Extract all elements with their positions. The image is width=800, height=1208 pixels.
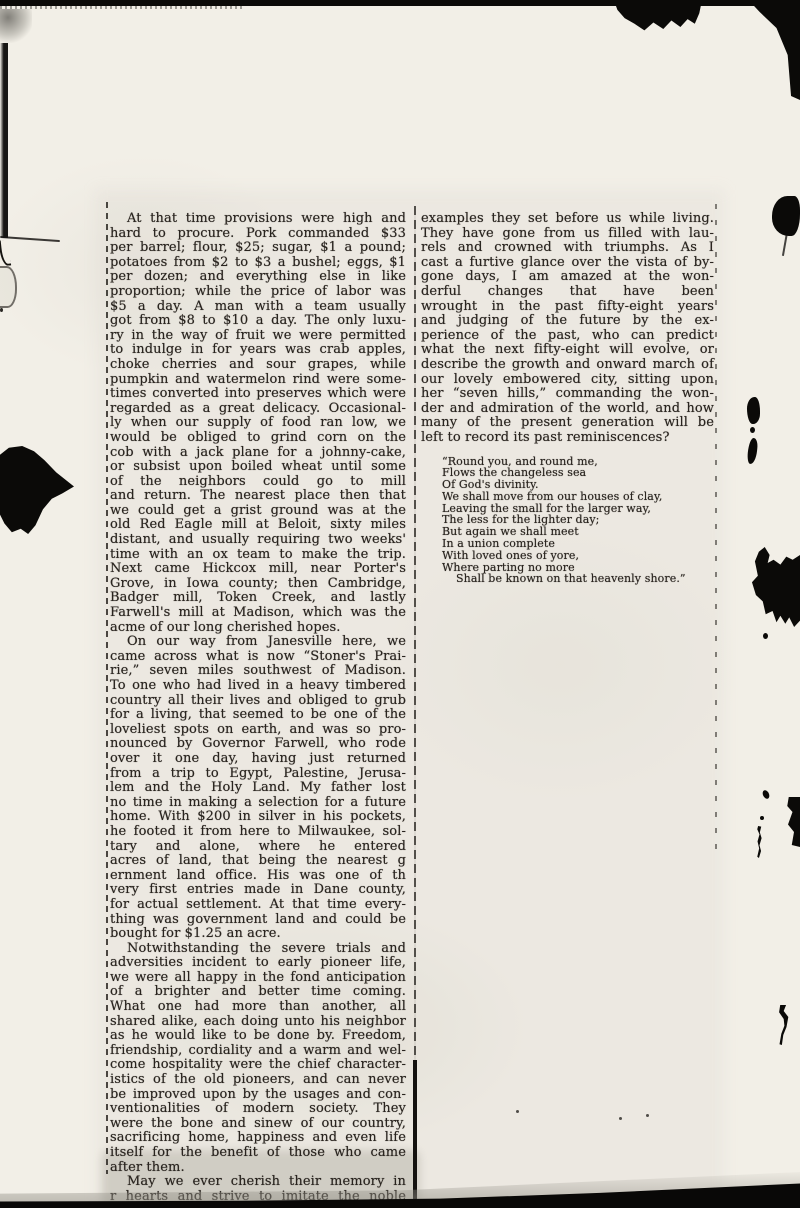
text-line: rels and crowned with triumphs. As I [421,241,714,256]
text-line: after them. [110,1161,406,1176]
ink-blot-right-2 [751,547,800,627]
text-line: distant, and usually requiring two weeks… [110,533,406,548]
ink-drip-right-1 [747,397,760,424]
text-line: lem and the Holy Land. My father lost [110,781,406,796]
text-line: hard to procure. Pork commanded $33 [110,227,406,242]
text-line: over it one day, having just returned [110,752,406,767]
text-line: per dozen; and everything else in like [110,270,406,285]
ink-blot-right-1 [772,196,800,236]
ink-blot-top [612,0,702,33]
text-line: cob with a jack plane for a johnny-cake, [110,446,406,461]
text-line: Notwithstanding the severe trials and [110,942,406,957]
text-line: Next came Hickcox mill, near Porter's [110,562,406,577]
text-line: our lovely embowered city, sitting upon [421,373,714,388]
text-line: old Red Eagle mill at Beloit, sixty mile… [110,518,406,533]
text-line: what the next fifty-eight will evolve, o… [421,343,714,358]
text-line: to indulge in for years was crab apples, [110,343,406,358]
text-line: sacrificing home, happiness and even lif… [110,1131,406,1146]
text-line: thing was government land and could be [110,913,406,928]
text-line: were the bone and sinew of our country, [110,1117,406,1132]
text-line: many of the present generation will be [421,416,714,431]
text-line: no time in making a selection for a futu… [110,796,406,811]
article-column-1: At that time provisions were high andhar… [110,212,406,1204]
text-line: itself for the benefit of those who came [110,1146,406,1161]
text-line: or subsist upon boiled wheat until some [110,460,406,475]
text-line: potatoes from $2 to $3 a bushel; eggs, $… [110,256,406,271]
ink-hook-right [776,1005,790,1045]
text-line: derful changes that have been [421,285,714,300]
text-line: from a trip to Egypt, Palestine, Jerusa- [110,767,406,782]
paper-speck [646,1114,649,1117]
text-line: istics of the old pioneers, and can neve… [110,1073,406,1088]
text-line: came across what is now “Stoner's Prai- [110,650,406,665]
text-line: ly when our supply of food ran low, we [110,416,406,431]
text-line: choke cherries and sour grapes, while [110,358,406,373]
text-line: proportion; while the price of labor was [110,285,406,300]
poem-line: Shall be known on that heavenly shore.” [456,573,714,585]
ink-drip-right-2 [747,438,759,465]
text-line: Farwell's mill at Madison, which was the [110,606,406,621]
text-line: At that time provisions were high and [110,212,406,227]
text-line: ernment land office. His was one of th [110,869,406,884]
text-line: Grove, in Iowa county; then Cambridge, [110,577,406,592]
paper-speck [619,1117,622,1120]
text-line: rie,” seven miles southwest of Madison. [110,664,406,679]
text-line: They have gone from us filled with lau- [421,227,714,242]
column-rule-center [414,206,416,1208]
paragraph: On our way from Janesville here, wecame … [110,635,406,941]
text-line: come hospitality were the chief characte… [110,1058,406,1073]
ink-dot-left [0,308,3,312]
ink-squiggle-right [756,826,763,858]
text-line: country all their lives and obliged to g… [110,694,406,709]
text-line: home. With $200 in silver in his pockets… [110,810,406,825]
text-line: left to record its past reminiscences? [421,431,714,446]
text-line: bought for $1.25 an acre. [110,927,406,942]
smudge-top-left [0,9,32,43]
text-line: per barrel; flour, $25; sugar, $1 a poun… [110,241,406,256]
text-line: tary and alone, where he entered [110,840,406,855]
text-line: we could get a grist ground was at the [110,504,406,519]
text-line: der and admiration of the world, and how [421,402,714,417]
article-column-2: examples they set before us while living… [421,212,714,585]
text-line: What one had more than another, all [110,1000,406,1015]
text-line: To one who had lived in a heavy timbered [110,679,406,694]
text-line: for a living, that seemed to be one of t… [110,708,406,723]
poem: “Round you, and round me,Flows the chang… [442,456,714,586]
scanner-edge-right [0,43,8,238]
poem-line: We shall move from our houses of clay, [442,491,714,503]
ink-dot-right-3 [760,816,764,820]
text-line: we were all happy in the fond anticipati… [110,971,406,986]
text-line: ry in the way of fruit we were permitted [110,329,406,344]
text-line: regarded as a great delicacy. Occasional… [110,402,406,417]
text-line: very first entries made in Dane county, [110,883,406,898]
text-line: of the neighbors could go to mill [110,475,406,490]
text-line: gone days, I am amazed at the won- [421,270,714,285]
text-line: acme of our long cherished hopes. [110,621,406,636]
text-line: examples they set before us while living… [421,212,714,227]
text-line: got from $8 to $10 a day. The only luxu- [110,314,406,329]
ink-blot-top-right [744,0,800,100]
poem-line: With loved ones of yore, [442,550,714,562]
text-line: for actual settlement. At that time ever… [110,898,406,913]
text-line: and return. The nearest place then that [110,489,406,504]
text-line: of a brighter and better time coming. [110,985,406,1000]
column-rule-center-bold [413,1060,417,1208]
text-line: ventionalities of modern society. They [110,1102,406,1117]
text-line: nounced by Governor Farwell, who rode [110,737,406,752]
paragraph: Notwithstanding the severe trials andadv… [110,942,406,1176]
ink-blot-left [0,446,74,534]
ink-blot-right-edge [785,797,800,847]
ink-hook-bottom [0,240,11,267]
text-line: shared alike, each doing unto his neighb… [110,1015,406,1030]
paragraph: examples they set before us while living… [421,212,714,446]
text-line: loveliest spots on earth, and was so pro… [110,723,406,738]
column-rule-right [715,204,717,856]
column-rule-left [106,202,108,1174]
text-line: describe the growth and onward march of [421,358,714,373]
text-line: perience of the past, who can predict [421,329,714,344]
text-line: adversities incident to early pioneer li… [110,956,406,971]
text-line: times converted into preserves which wer… [110,387,406,402]
scanned-newspaper-page: At that time provisions were high andhar… [0,0,800,1208]
text-line: Badger mill, Token Creek, and lastly [110,591,406,606]
scratch-mark-right [0,236,60,242]
pencil-mark-left [0,266,17,308]
text-line: May we ever cherish their memory in [110,1175,406,1190]
ink-tail-right-1 [782,232,788,256]
paragraph: At that time provisions were high andhar… [110,212,406,635]
text-line: as he would like to be done by. Freedom, [110,1029,406,1044]
text-line: pumpkin and watermelon rind were some- [110,373,406,388]
text-line: and judging of the future by the ex- [421,314,714,329]
text-line: he footed it from here to Milwaukee, sol… [110,825,406,840]
text-line: acres of land, that being the nearest g [110,854,406,869]
ink-dot-right-1 [750,427,755,433]
text-line: be improved upon by the usages and con- [110,1088,406,1103]
text-line: wrought in the past fifty-eight years [421,300,714,315]
ink-dot-right-2 [763,633,768,639]
ink-speck-right [761,789,770,800]
text-line: On our way from Janesville here, we [110,635,406,650]
text-line: friendship, cordiality and a warm and we… [110,1044,406,1059]
text-line: time with an ox team to make the trip. [110,548,406,563]
text-line: cast a furtive glance over the vista of … [421,256,714,271]
text-line: would be obliged to grind corn on the [110,431,406,446]
text-line: $5 a day. A man with a team usually [110,300,406,315]
text-line: her “seven hills,” commanding the won- [421,387,714,402]
paper-speck [516,1110,519,1113]
